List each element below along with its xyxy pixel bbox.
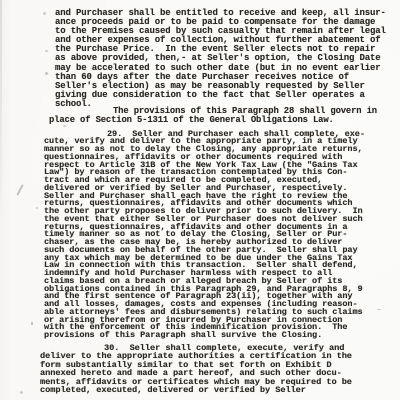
paragraph-29-gains-tax: 29. Seller and Purchaser each shall comp… xyxy=(44,131,365,340)
scan-speck xyxy=(63,125,66,127)
scan-mark-slash xyxy=(16,184,23,196)
page-edge-shadow xyxy=(0,0,2,215)
scan-speck xyxy=(43,12,46,15)
paragraph-28-continuation: and Purchaser shall be entitled to recei… xyxy=(55,9,386,109)
paragraph-28-governing-provision: The provisions of this Paragraph 28 shal… xyxy=(49,107,377,125)
paragraph-30-certification: 30. Seller shall complete, execute, veri… xyxy=(40,344,352,396)
scan-speck xyxy=(36,207,38,209)
scan-speck xyxy=(20,391,23,394)
scan-speck xyxy=(31,322,33,325)
scan-speck xyxy=(45,50,48,52)
scanned-contract-page: and Purchaser shall be entitled to recei… xyxy=(0,0,400,400)
scan-speck xyxy=(45,72,48,75)
scan-speck xyxy=(377,309,381,310)
